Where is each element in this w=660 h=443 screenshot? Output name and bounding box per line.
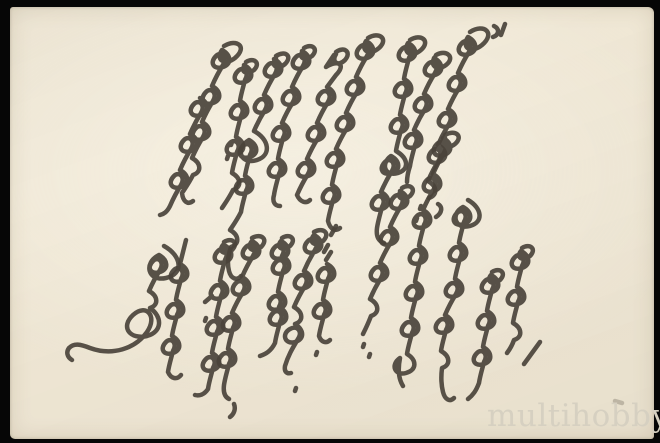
signature-17 <box>260 236 293 356</box>
signature-21 <box>67 246 178 360</box>
signature-14 <box>363 186 413 357</box>
signature-2 <box>405 53 450 182</box>
signature-16 <box>285 230 326 391</box>
signature-10 <box>507 246 540 364</box>
scan-background: multihobby <box>0 0 660 443</box>
signature-5 <box>297 50 348 202</box>
signatures <box>67 24 622 417</box>
signature-11 <box>468 270 503 399</box>
handwriting-layer <box>0 0 660 443</box>
upper-left-signature-block <box>160 24 505 279</box>
watermark-text: multihobby <box>487 400 660 433</box>
signature-9 <box>160 43 241 215</box>
lower-left-signature-block <box>67 226 336 417</box>
signature-12 <box>436 200 480 400</box>
